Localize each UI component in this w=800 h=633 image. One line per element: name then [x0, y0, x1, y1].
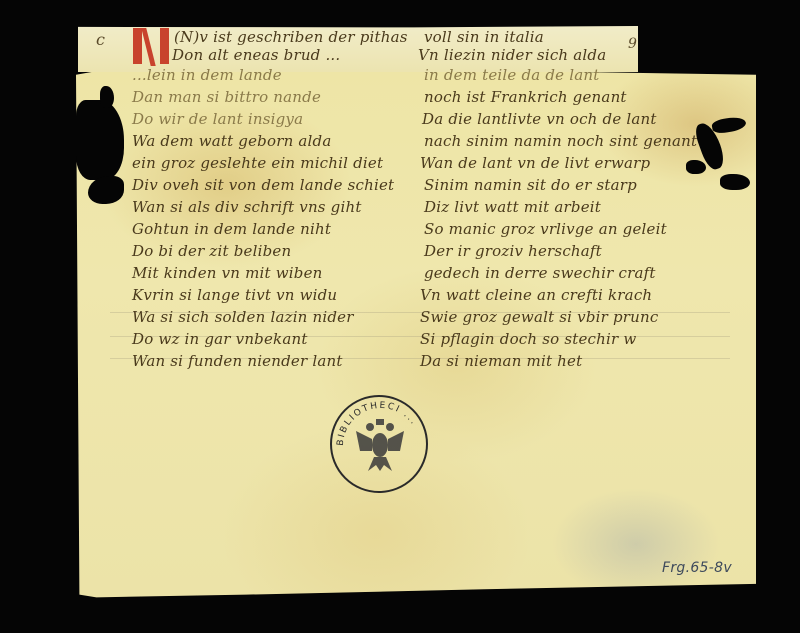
red-initial-stroke-right — [160, 28, 169, 64]
marginal-flourish: c — [96, 30, 105, 49]
manuscript-photo: c 9 (N)v ist geschriben der pithas Don a… — [0, 0, 800, 633]
verse-line: Diz livt watt mit arbeit — [424, 198, 601, 216]
damage-hole-right-foot — [686, 160, 706, 174]
shelfmark-label: Frg.65-8v — [662, 560, 732, 576]
verse-line: Do wz in gar vnbekant — [132, 330, 308, 348]
verse-line: Do bi der zit beliben — [132, 242, 291, 260]
verse-line: ...lein in dem lande — [132, 66, 282, 84]
marginal-mark: 9 — [628, 36, 637, 52]
damage-hole-right-small — [720, 174, 750, 190]
verse-line: (N)v ist geschriben der pithas — [174, 28, 408, 46]
verse-line: So manic groz vrlivge an geleit — [424, 220, 667, 238]
double-headed-eagle-icon — [354, 417, 406, 473]
verse-line: ein groz geslehte ein michil diet — [132, 154, 383, 172]
verse-line: in dem teile da de lant — [424, 66, 599, 84]
damage-hole-left-bottom — [88, 176, 124, 204]
verse-line: Da die lantlivte vn och de lant — [422, 110, 657, 128]
verse-line: Wa dem watt geborn alda — [132, 132, 332, 150]
verse-line: Div oveh sit von dem lande schiet — [132, 176, 394, 194]
verse-line: voll sin in italia — [424, 28, 544, 46]
damage-hole-left-top — [100, 86, 114, 108]
verse-line: gedech in derre swechir craft — [424, 264, 656, 282]
verse-line: Do wir de lant insigya — [132, 110, 303, 128]
verse-line: Dan man si bittro nande — [132, 88, 321, 106]
library-stamp: BIBLIOTHECI ... — [330, 395, 428, 493]
verse-line: Sinim namin sit do er starp — [424, 176, 637, 194]
verse-line: noch ist Frankrich genant — [424, 88, 627, 106]
red-initial-stroke-left — [133, 28, 142, 64]
verse-line: Swie groz gewalt si vbir prunc — [420, 308, 658, 326]
verse-line: Vn watt cleine an crefti krach — [420, 286, 652, 304]
verse-line: Vn liezin nider sich alda — [418, 46, 606, 64]
verse-line: Wan si als div schrift vns giht — [132, 198, 362, 216]
verse-line: Kvrin si lange tivt vn widu — [132, 286, 337, 304]
verse-line: Der ir groziv herschaft — [424, 242, 602, 260]
verse-line: Gohtun in dem lande niht — [132, 220, 331, 238]
verse-line: Don alt eneas brud ... — [172, 46, 340, 64]
verse-line: Da si nieman mit het — [420, 352, 582, 370]
verse-line: Si pflagin doch so stechir w — [420, 330, 636, 348]
verse-line: Wa si sich solden lazin nider — [132, 308, 354, 326]
verse-line: Mit kinden vn mit wiben — [132, 264, 323, 282]
verse-line: Wan de lant vn de livt erwarp — [420, 154, 650, 172]
verse-line: nach sinim namin noch sint genant — [424, 132, 697, 150]
damage-hole-left — [76, 100, 124, 180]
verse-line: Wan si funden niender lant — [132, 352, 343, 370]
